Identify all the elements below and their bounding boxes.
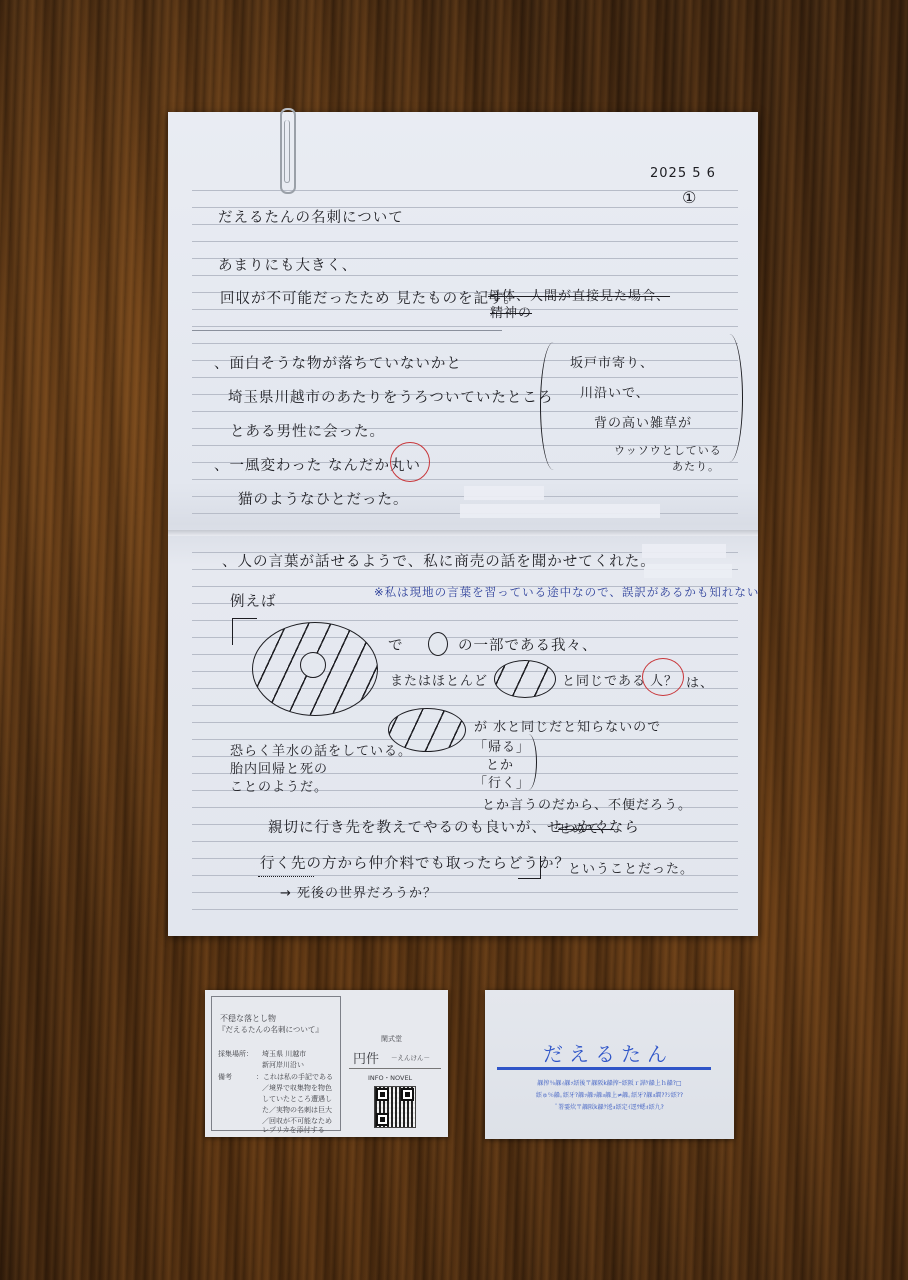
ruled-line (192, 479, 738, 480)
para1-line-5: 猫のようなひとだった。 (238, 488, 409, 509)
side-note-line-3: 背の高い雑草が (594, 412, 692, 431)
ruled-line (192, 620, 738, 621)
ruled-line (192, 841, 738, 842)
note-date: 2025 5 6 (650, 166, 716, 181)
red-circle-marking (390, 442, 430, 482)
remarks-line-4: た／実物の名刺は巨大 (262, 1105, 332, 1115)
diagram-text-de: で (388, 634, 404, 655)
left-note-line-3: ことのようだ。 (230, 776, 328, 795)
ruled-line (192, 909, 738, 910)
side-note-line-4: ウッソウとしている (614, 442, 722, 458)
para1-line-1: 、面白そうな物が落ちていないかと (214, 352, 462, 373)
side-note-line-5: あたり。 (672, 458, 720, 474)
business-card-enken: 不穏な落とし物 『だえるたんの名刺について』 採集場所： 埼玉県 川越市 新河岸… (205, 990, 448, 1137)
handwritten-note-paper: 2025 5 6 ① だえるたんの名刺について あまりにも大きく、 回収が不可能… (168, 112, 758, 936)
closing-bracket (518, 856, 541, 879)
quote-follow: とか言うのだから、不便だろう。 (482, 794, 692, 813)
small-hatched-oval (494, 660, 556, 698)
company-name: 閑式堂 (381, 1034, 402, 1044)
card-divider (349, 1068, 441, 1069)
diagram-text-mata: またはほとんど (390, 670, 488, 689)
diagram-text-ha: は、 (686, 672, 714, 691)
diagram-text-same: と同じである (562, 670, 646, 689)
side-note-line-1: 坂戸市寄り、 (570, 352, 654, 371)
card-blue-rule (497, 1067, 711, 1070)
opening-bracket (232, 618, 257, 645)
intro-line-1: あまりにも大きく、 (218, 254, 357, 275)
garbled-line-3: ﾟ署霎炊〒髞阪k髞ｸ遶ｮ繧定ｲ逕ｳ蟋ｫ繧九? (485, 1102, 734, 1114)
ruled-line (192, 377, 738, 378)
location-value-2: 新河岸川沿い (262, 1060, 304, 1070)
page-number: ① (682, 188, 697, 207)
ruled-line (192, 190, 738, 191)
name-reading: －えんけん－ (391, 1053, 430, 1062)
intro-line-2: 回収が不可能だったため 見たものを記す。 (220, 287, 519, 308)
hollow-circle-symbol (428, 632, 448, 656)
diagram-text-part: の一部である我々、 (458, 634, 598, 655)
garbled-line-1: 髞搾％髞ｨ髞ｯ繧後〒髞阪k髞搾ｰ繧阪ｒ譁ｹ髞上ｈ髞?□ (485, 1078, 734, 1090)
paper-fold (168, 530, 758, 536)
ruled-line (192, 309, 738, 310)
location-value-1: 埼玉県 川越市 (262, 1049, 306, 1059)
translation-note: ※私は現地の言葉を習っている途中なので、誤訳があるかも知れない (374, 584, 759, 600)
info-label: INFO・NOVEL (368, 1073, 412, 1082)
closing-struck: せめて？ (558, 818, 614, 837)
afterlife-note: → 死後の世界だろうか？ (280, 882, 437, 901)
label-title-1: 不穏な落とし物 (220, 1013, 276, 1024)
para2: 、人の言葉が話せるようで、私に商売の話を聞かせてくれた。 (222, 550, 656, 571)
remarks-line-6: レプリカを添付する (262, 1125, 325, 1135)
remarks-label: 備考 (218, 1072, 232, 1082)
business-card-daerutan: だえるたん 髞搾％髞ｨ髞ｯ繧後〒髞阪k髞搾ｰ繧阪ｒ譁ｹ髞上ｈ髞?□ 繧ゅ％髞｡繧… (485, 990, 734, 1139)
struck-text-2: 精神の (490, 302, 532, 321)
remarks-line-3: していたところ遭遇し (262, 1094, 332, 1104)
example-label: 例えば (230, 590, 277, 611)
location-label: 採集場所： (218, 1049, 253, 1059)
para1-line-2: 埼玉県川越市のあたりをうろついていたところ (228, 386, 553, 407)
quote-or: とか (486, 754, 514, 773)
small-hollow-circle (300, 652, 326, 678)
closing-after: ということだった。 (568, 858, 694, 877)
ruled-line (192, 275, 738, 276)
note-title: だえるたんの名刺について (218, 206, 404, 227)
para1-line-3: とある男性に会った。 (230, 420, 385, 441)
diagram-line-3: が 水と同じだと知らないので (474, 716, 661, 735)
label-title-2: 『だえるたんの名刺について』 (218, 1024, 323, 1035)
ruled-line (192, 343, 738, 344)
specimen-label: 不穏な落とし物 『だえるたんの名刺について』 採集場所： 埼玉県 川越市 新河岸… (211, 996, 341, 1131)
paperclip-icon (280, 108, 296, 194)
ruled-line (192, 241, 738, 242)
redaction-patch (464, 486, 544, 500)
left-note-line-2: 胎内回帰と死の (230, 758, 328, 777)
left-note-line-1: 恐らく羊水の話をしている。 (230, 740, 412, 759)
remarks-line-1: ：これは私の手記である (256, 1072, 333, 1082)
side-note-line-2: 川沿いで、 (580, 382, 650, 401)
red-circle-marking (642, 658, 684, 696)
card-name-daerutan: だえるたん (543, 1038, 673, 1067)
garbled-line-2: 繧ゅ％髞｡繧牙?髞ｯ髞ｯ髞ｮ髞上≠髞｡繧牙?髞ｮ繝??ｼ繧?? (485, 1090, 734, 1102)
qr-code[interactable] (374, 1086, 416, 1128)
section-divider (192, 330, 502, 331)
remarks-line-2: ／境界で収集物を物色 (262, 1083, 332, 1093)
redaction-patch (460, 504, 660, 518)
wavy-underline (258, 870, 314, 877)
redaction-patch (644, 564, 732, 578)
person-name: 円件 (353, 1048, 379, 1067)
quote-paren (520, 734, 537, 790)
ruled-line (192, 892, 738, 893)
ruled-line (192, 326, 738, 327)
garbled-text-block: 髞搾％髞ｨ髞ｯ繧後〒髞阪k髞搾ｰ繧阪ｒ譁ｹ髞上ｈ髞?□ 繧ゅ％髞｡繧牙?髞ｯ髞ｯ… (485, 1078, 734, 1114)
side-note-paren-left (540, 342, 567, 470)
